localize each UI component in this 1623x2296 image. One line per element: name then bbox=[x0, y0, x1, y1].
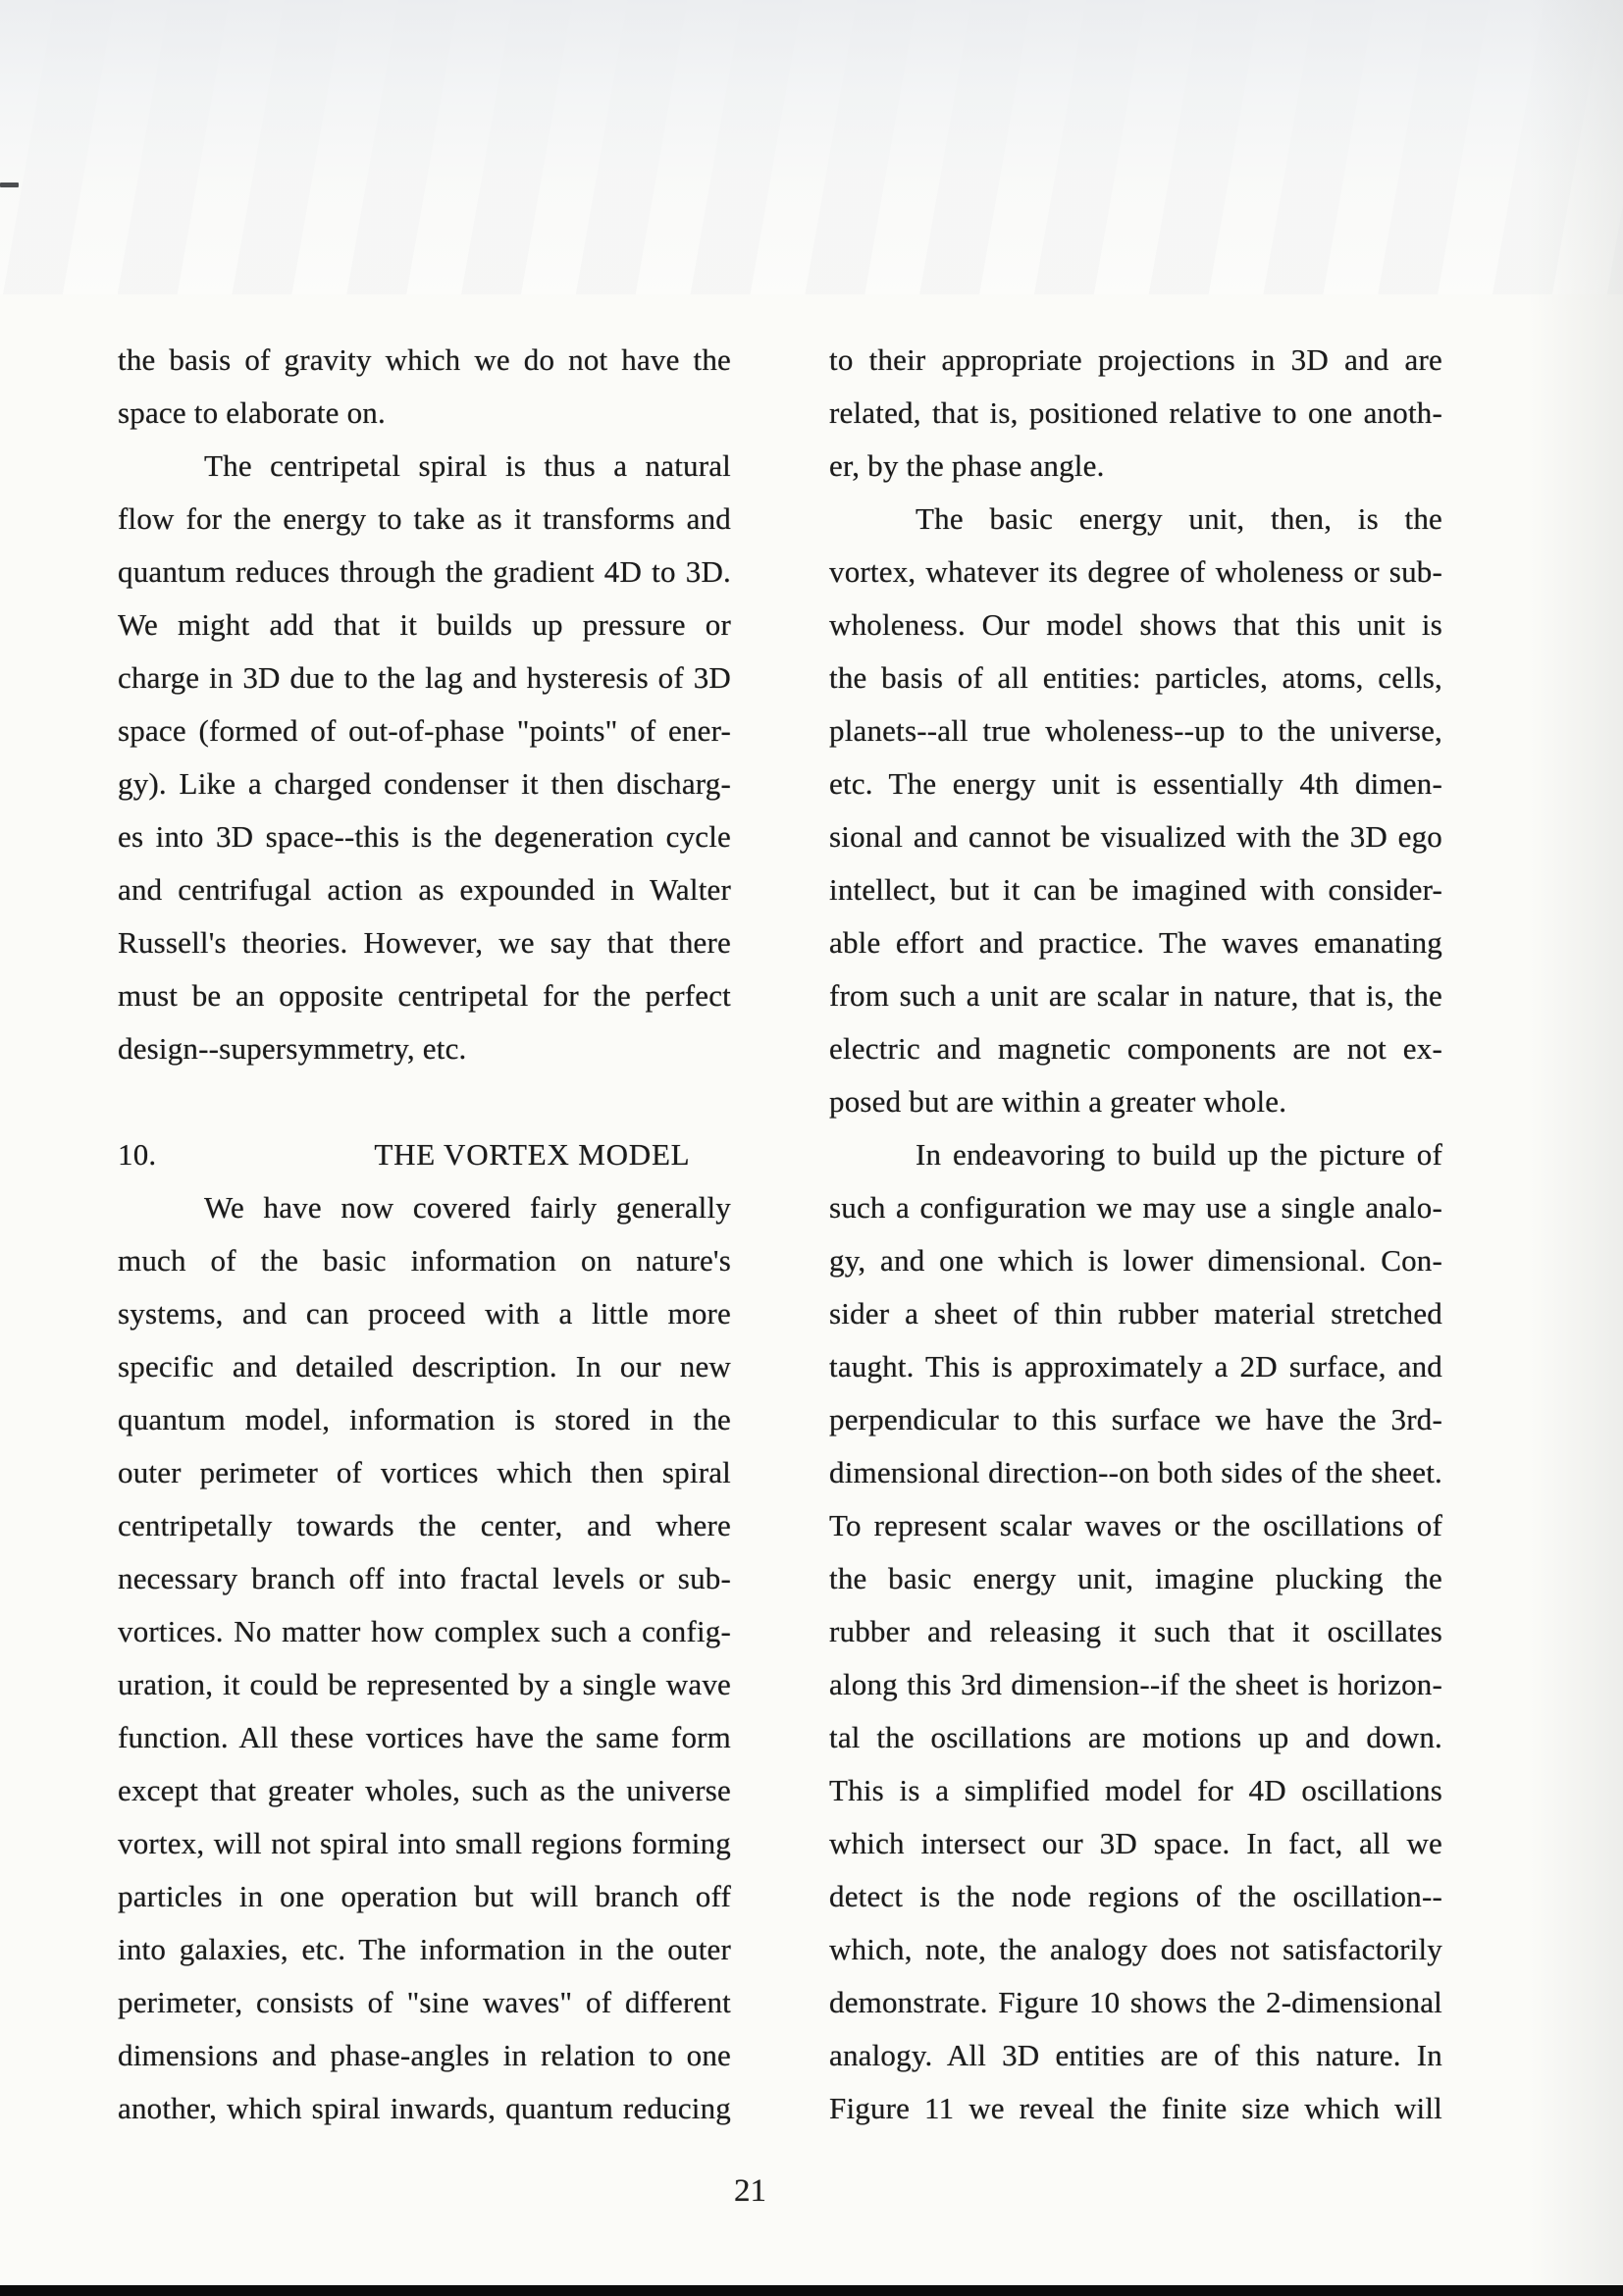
text-line: much of the basic information on nature'… bbox=[118, 1234, 731, 1287]
text-line: systems, and can proceed with a little m… bbox=[118, 1287, 731, 1340]
text-line: space to elaborate on. bbox=[118, 387, 731, 440]
text-line: We might add that it builds up pressure … bbox=[118, 599, 731, 652]
scan-mark-left-edge bbox=[0, 183, 19, 187]
text-line: charge in 3D due to the lag and hysteres… bbox=[118, 652, 731, 704]
text-line: vortex, will not spiral into small regio… bbox=[118, 1817, 731, 1870]
text-line: specific and detailed description. In ou… bbox=[118, 1340, 731, 1393]
text-line: To represent scalar waves or the oscilla… bbox=[829, 1499, 1442, 1552]
text-line: from such a unit are scalar in nature, t… bbox=[829, 969, 1442, 1022]
left-column: the basis of gravity which we do not hav… bbox=[118, 334, 731, 2135]
text-line: planets--all true wholeness--up to the u… bbox=[829, 704, 1442, 757]
text-line: into galaxies, etc. The information in t… bbox=[118, 1923, 731, 1976]
text-line: In endeavoring to build up the picture o… bbox=[829, 1128, 1442, 1181]
text-line: function. All these vortices have the sa… bbox=[118, 1711, 731, 1764]
text-line: particles in one operation but will bran… bbox=[118, 1870, 731, 1923]
section-heading: 10.THE VORTEX MODEL bbox=[118, 1128, 731, 1181]
page-number: 21 bbox=[734, 2165, 766, 2218]
section-title: THE VORTEX MODEL bbox=[374, 1128, 690, 1181]
text-line: quantum model, information is stored in … bbox=[118, 1393, 731, 1446]
text-line: space (formed of out-of-phase "points" o… bbox=[118, 704, 731, 757]
text-line: design--supersymmetry, etc. bbox=[118, 1022, 731, 1075]
text-line: except that greater wholes, such as the … bbox=[118, 1764, 731, 1817]
text-line: er, by the phase angle. bbox=[829, 440, 1442, 493]
text-line: demonstrate. Figure 10 shows the 2-dimen… bbox=[829, 1976, 1442, 2029]
text-line: another, which spiral inwards, quantum r… bbox=[118, 2082, 731, 2135]
text-line: The centripetal spiral is thus a natural bbox=[118, 440, 731, 493]
text-line: centripetally towards the center, and wh… bbox=[118, 1499, 731, 1552]
text-line: wholeness. Our model shows that this uni… bbox=[829, 599, 1442, 652]
paragraph-gap bbox=[118, 1075, 731, 1128]
text-line: along this 3rd dimension--if the sheet i… bbox=[829, 1658, 1442, 1711]
text-line: able effort and practice. The waves eman… bbox=[829, 916, 1442, 969]
text-line: We have now covered fairly generally bbox=[118, 1181, 731, 1234]
text-line: must be an opposite centripetal for the … bbox=[118, 969, 731, 1022]
scanned-page: the basis of gravity which we do not hav… bbox=[0, 0, 1623, 2296]
text-line: such a configuration we may use a single… bbox=[829, 1181, 1442, 1234]
text-line: necessary branch off into fractal levels… bbox=[118, 1552, 731, 1605]
text-line: the basis of all entities: particles, at… bbox=[829, 652, 1442, 704]
text-line: to their appropriate projections in 3D a… bbox=[829, 334, 1442, 387]
scan-shading-top bbox=[0, 0, 1623, 314]
section-number: 10. bbox=[118, 1128, 156, 1181]
text-line: This is a simplified model for 4D oscill… bbox=[829, 1764, 1442, 1817]
text-line: and centrifugal action as expounded in W… bbox=[118, 863, 731, 916]
text-line: Russell's theories. However, we say that… bbox=[118, 916, 731, 969]
text-line: dimensional direction--on both sides of … bbox=[829, 1446, 1442, 1499]
text-line: es into 3D space--this is the degenerati… bbox=[118, 810, 731, 863]
text-line: uration, it could be represented by a si… bbox=[118, 1658, 731, 1711]
text-line: intellect, but it can be imagined with c… bbox=[829, 863, 1442, 916]
text-line: perpendicular to this surface we have th… bbox=[829, 1393, 1442, 1446]
text-line: flow for the energy to take as it transf… bbox=[118, 493, 731, 546]
text-line: gy, and one which is lower dimensional. … bbox=[829, 1234, 1442, 1287]
text-line: vortex, whatever its degree of wholeness… bbox=[829, 546, 1442, 599]
text-line: quantum reduces through the gradient 4D … bbox=[118, 546, 731, 599]
text-line: gy). Like a charged condenser it then di… bbox=[118, 757, 731, 810]
text-line: posed but are within a greater whole. bbox=[829, 1075, 1442, 1128]
text-line: dimensions and phase-angles in relation … bbox=[118, 2029, 731, 2082]
text-line: etc. The energy unit is essentially 4th … bbox=[829, 757, 1442, 810]
text-line: the basic energy unit, imagine plucking … bbox=[829, 1552, 1442, 1605]
text-line: The basic energy unit, then, is the bbox=[829, 493, 1442, 546]
text-line: perimeter, consists of "sine waves" of d… bbox=[118, 1976, 731, 2029]
text-line: electric and magnetic components are not… bbox=[829, 1022, 1442, 1075]
text-line: analogy. All 3D entities are of this nat… bbox=[829, 2029, 1442, 2082]
scan-edge-bottom-bar bbox=[0, 2285, 1623, 2296]
page-edge-shadow-right bbox=[1530, 0, 1623, 2285]
text-line: the basis of gravity which we do not hav… bbox=[118, 334, 731, 387]
text-line: outer perimeter of vortices which then s… bbox=[118, 1446, 731, 1499]
text-line: sider a sheet of thin rubber material st… bbox=[829, 1287, 1442, 1340]
text-line: related, that is, positioned relative to… bbox=[829, 387, 1442, 440]
right-column: to their appropriate projections in 3D a… bbox=[829, 334, 1442, 2135]
text-line: vortices. No matter how complex such a c… bbox=[118, 1605, 731, 1658]
text-line: detect is the node regions of the oscill… bbox=[829, 1870, 1442, 1923]
text-line: sional and cannot be visualized with the… bbox=[829, 810, 1442, 863]
text-line: tal the oscillations are motions up and … bbox=[829, 1711, 1442, 1764]
text-line: which intersect our 3D space. In fact, a… bbox=[829, 1817, 1442, 1870]
text-line: Figure 11 we reveal the finite size whic… bbox=[829, 2082, 1442, 2135]
text-line: taught. This is approximately a 2D surfa… bbox=[829, 1340, 1442, 1393]
text-line: rubber and releasing it such that it osc… bbox=[829, 1605, 1442, 1658]
text-line: which, note, the analogy does not satisf… bbox=[829, 1923, 1442, 1976]
